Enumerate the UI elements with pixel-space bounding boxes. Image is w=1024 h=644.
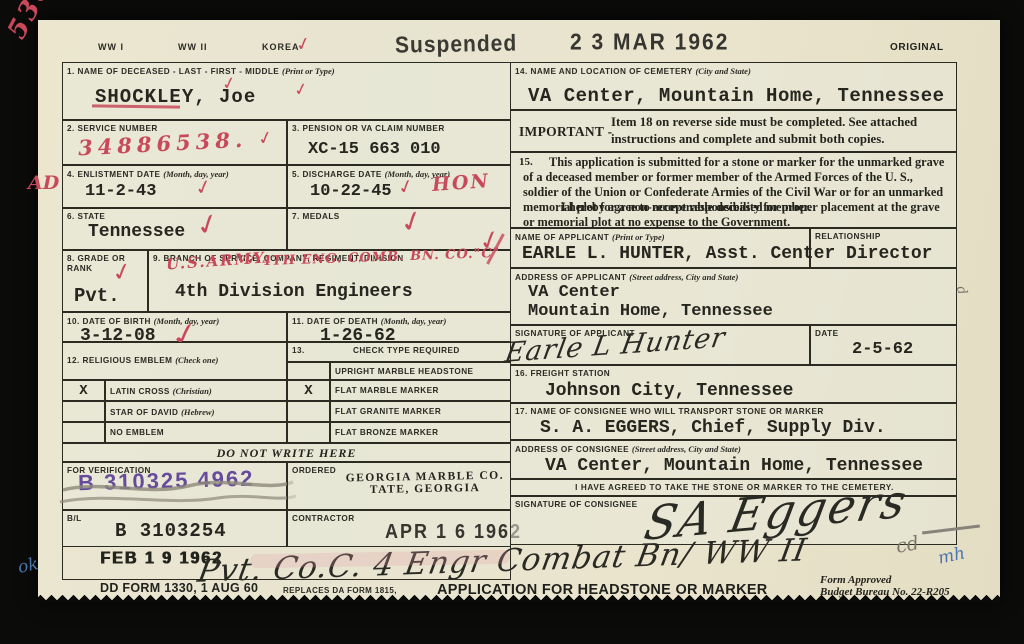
item15-box: 15. This application is submitted for a …	[510, 152, 957, 228]
checkbox-flat-granite	[287, 401, 330, 422]
option-upright-headstone-label: UPRIGHT MARBLE HEADSTONE	[331, 363, 510, 377]
option-flat-bronze-label: FLAT BRONZE MARKER	[331, 423, 510, 438]
cemetery-label-italic: (City and State)	[695, 66, 750, 76]
field-state-value: Tennessee	[88, 222, 185, 242]
war-label-korea: KOREA	[262, 42, 300, 52]
scanned-form: WW I WW II KOREA ✓ Suspended 2 3 MAR 196…	[0, 0, 1024, 644]
field-death-label-italic: (Month, day, year)	[381, 316, 447, 326]
option-no-emblem-label: NO EMBLEM	[106, 423, 286, 438]
field-check-type-header: 13.CHECK TYPE REQUIRED	[287, 342, 511, 362]
freight-value: Johnson City, Tennessee	[545, 381, 793, 401]
option-latin-cross-italic: (Christian)	[173, 386, 212, 396]
applicant-name-label: NAME OF APPLICANT	[515, 233, 609, 242]
emblem-label: 12. RELIGIOUS EMBLEM	[67, 356, 172, 365]
consignee-address-label-italic: (Street address, City and State)	[632, 444, 741, 454]
field-pension-label: 3. PENSION OR VA CLAIM NUMBER	[288, 121, 510, 134]
option-flat-marble: FLAT MARBLE MARKER	[330, 380, 511, 401]
checkbox-flat-marble-mark: X	[288, 381, 329, 399]
checkbox-flat-marble: X	[287, 380, 330, 401]
field-death-label: 11. DATE OF DEATH	[292, 317, 378, 326]
freight-label: 16. FREIGHT STATION	[511, 366, 956, 379]
field-discharge-value: 10-22-45	[310, 182, 392, 201]
option-no-emblem: NO EMBLEM	[105, 422, 287, 443]
applicant-address-line1: VA Center	[528, 283, 620, 302]
suspended-stamp: Suspended	[395, 31, 518, 60]
red-annotation-hon: HON	[431, 170, 490, 196]
signature-date-value: 2-5-62	[852, 340, 913, 359]
option-flat-bronze: FLAT BRONZE MARKER	[330, 422, 511, 443]
field-enlistment-label: 4. ENLISTMENT DATE	[67, 170, 160, 179]
field-grade-value: Pvt.	[74, 285, 120, 307]
consignee-label: 17. NAME OF CONSIGNEE WHO WILL TRANSPORT…	[511, 404, 956, 417]
field-birth-label: 10. DATE OF BIRTH	[67, 317, 151, 326]
form-approved-line1: Form Approved	[820, 574, 891, 586]
field-enlistment-value: 11-2-43	[85, 182, 156, 201]
consignee-address-label: ADDRESS OF CONSIGNEE	[515, 445, 629, 454]
applicant-address-label-italic: (Street address, City and State)	[629, 272, 738, 282]
pencil-scribble	[58, 462, 298, 517]
applicant-name-label-italic: (Print or Type)	[612, 232, 665, 242]
red-annotation-ad: AD	[28, 172, 59, 194]
option-star-of-david-label: STAR OF DAVID	[110, 408, 178, 417]
applicant-address-label: ADDRESS OF APPLICANT	[515, 273, 627, 282]
contractor-date-stamp: APR 1 6 1962	[385, 519, 522, 543]
important-label: IMPORTANT -	[519, 124, 612, 140]
check-type-title: CHECK TYPE REQUIRED	[305, 346, 508, 356]
field-branch-value: 4th Division Engineers	[175, 282, 413, 302]
replaces-note: REPLACES DA FORM 1815,	[283, 586, 397, 595]
bl-value: B 3103254	[115, 520, 227, 542]
war-label-ww1: WW I	[98, 42, 124, 52]
applicant-address-line2: Mountain Home, Tennessee	[528, 302, 773, 321]
field-grade-label: 8. GRADE OR RANK	[63, 251, 147, 274]
important-note-box: IMPORTANT - Item 18 on reverse side must…	[510, 110, 957, 152]
do-not-write-banner: DO NOT WRITE HERE	[62, 443, 511, 462]
relationship-label: RELATIONSHIP	[811, 229, 956, 242]
option-latin-cross-label: LATIN CROSS	[110, 387, 170, 396]
consignee-value: S. A. EGGERS, Chief, Supply Div.	[540, 418, 886, 438]
do-not-write-text: DO NOT WRITE HERE	[63, 444, 510, 461]
war-label-ww2: WW II	[178, 42, 208, 52]
checkbox-upright-headstone	[287, 362, 330, 380]
blue-ok-note: ok	[16, 554, 40, 578]
pencil-cd-note: cd	[894, 532, 920, 558]
check-type-number: 13.	[292, 346, 305, 356]
form-number: DD FORM 1330, 1 AUG 60	[100, 581, 258, 595]
georgia-marble-stamp: GEORGIA MARBLE CO. TATE, GEORGIA	[340, 470, 510, 497]
original-label: ORIGINAL	[890, 42, 944, 53]
checkbox-star-of-david	[62, 401, 105, 422]
consignee-address-value: VA Center, Mountain Home, Tennessee	[545, 456, 923, 476]
checkbox-flat-bronze	[287, 422, 330, 443]
checkbox-latin-cross: X	[62, 380, 105, 401]
cemetery-value: VA Center, Mountain Home, Tennessee	[528, 85, 945, 107]
field-discharge-label: 5. DISCHARGE DATE	[292, 170, 382, 179]
field-name-label-italic: (Print or Type)	[282, 66, 335, 76]
field-pension-value: XC-15 663 010	[308, 140, 441, 159]
option-star-of-david: STAR OF DAVID (Hebrew)	[105, 401, 287, 422]
date-label: DATE	[811, 326, 956, 339]
suspended-date-stamp: 2 3 MAR 1962	[570, 30, 729, 57]
form-title: APPLICATION FOR HEADSTONE OR MARKER	[437, 582, 768, 598]
option-flat-granite: FLAT GRANITE MARKER	[330, 401, 511, 422]
option-flat-marble-label: FLAT MARBLE MARKER	[331, 381, 510, 396]
checkbox-no-emblem	[62, 422, 105, 443]
field-state-label: 6. STATE	[63, 209, 286, 222]
applicant-name-value: EARLE L. HUNTER, Asst. Center Director	[522, 244, 932, 264]
field-religious-emblem-header: 12. RELIGIOUS EMBLEM (Check one)	[62, 342, 287, 380]
cemetery-label: 14. NAME AND LOCATION OF CEMETERY	[515, 67, 693, 76]
important-text: Item 18 on reverse side must be complete…	[611, 114, 951, 149]
option-latin-cross: LATIN CROSS (Christian)	[105, 380, 287, 401]
field-name-label: 1. NAME OF DECEASED - LAST - FIRST - MID…	[67, 67, 279, 76]
emblem-label-italic: (Check one)	[175, 355, 218, 365]
option-upright-headstone: UPRIGHT MARBLE HEADSTONE	[330, 362, 511, 380]
form-approved-line2: Budget Bureau No. 22-R205	[820, 586, 950, 598]
item15-paragraph2: I hereby agree to accept responsibility …	[523, 200, 947, 230]
option-star-of-david-italic: (Hebrew)	[181, 407, 214, 417]
checkbox-latin-cross-mark: X	[63, 381, 104, 399]
option-flat-granite-label: FLAT GRANITE MARKER	[331, 402, 510, 417]
